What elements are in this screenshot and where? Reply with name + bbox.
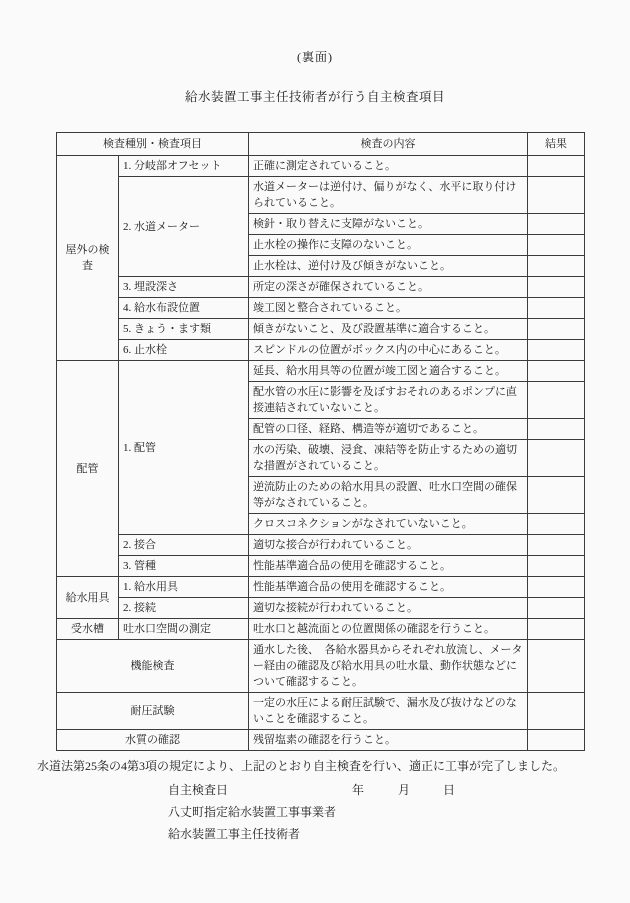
result-cell (528, 535, 585, 556)
table-row: 給水用具 1. 給水用具 性能基準適合品の使用を確認すること。 (57, 577, 585, 598)
table-row: 2. 接合 適切な接合が行われていること。 (57, 535, 585, 556)
merged-label-cell: 耐圧試験 (57, 693, 249, 730)
result-cell (528, 156, 585, 177)
item-cell: 1. 配管 (119, 361, 249, 535)
result-cell (528, 514, 585, 535)
check-cell: クロスコネクションがなされていないこと。 (249, 514, 528, 535)
table-row: 耐圧試験 一定の水圧による耐圧試験で、漏水及び抜けなどのないことを確認すること。 (57, 693, 585, 730)
check-cell: 水の汚染、破壊、浸食、凍結等を防止するための適切な措置がされていること。 (249, 440, 528, 477)
result-cell (528, 619, 585, 640)
result-cell (528, 577, 585, 598)
table-header-row: 検査種別・検査項目 検査の内容 結果 (57, 133, 585, 156)
check-cell: 傾きがないこと、及び設置基準に適合すること。 (249, 319, 528, 340)
inspection-table: 検査種別・検査項目 検査の内容 結果 屋外の検査 1. 分岐部オフセット 正確に… (56, 132, 585, 751)
check-cell: 検針・取り替えに支障がないこと。 (249, 214, 528, 235)
check-cell: スピンドルの位置がボックス内の中心にあること。 (249, 340, 528, 361)
check-cell: 止水栓は、逆付け及び傾きがないこと。 (249, 256, 528, 277)
result-cell (528, 598, 585, 619)
merged-label-cell: 機能検査 (57, 640, 249, 693)
day-label: 日 (443, 783, 455, 797)
check-cell: 適切な接合が行われていること。 (249, 535, 528, 556)
result-cell (528, 419, 585, 440)
table-row: 6. 止水栓 スピンドルの位置がボックス内の中心にあること。 (57, 340, 585, 361)
year-label: 年 (352, 783, 364, 797)
item-cell: 1. 給水用具 (119, 577, 249, 598)
inspection-date-line: 自主検査日年月日 (168, 779, 630, 801)
category-cell: 屋外の検査 (57, 156, 119, 361)
result-cell (528, 319, 585, 340)
table-row: 水質の確認 残留塩素の確認を行うこと。 (57, 730, 585, 751)
table-row: 受水槽 吐水口空間の測定 吐水口と越流面との位置関係の確認を行うこと。 (57, 619, 585, 640)
contractor-line: 八丈町指定給水装置工事事業者 (168, 801, 630, 823)
table-row: 4. 給水布設位置 竣工図と整合されていること。 (57, 298, 585, 319)
check-cell: 適切な接続が行われていること。 (249, 598, 528, 619)
check-cell: 延長、給水用具等の位置が竣工図と適合すること。 (249, 361, 528, 382)
table-row: 5. きょう・ます類 傾きがないこと、及び設置基準に適合すること。 (57, 319, 585, 340)
category-cell: 配管 (57, 361, 119, 577)
check-cell: 一定の水圧による耐圧試験で、漏水及び抜けなどのないことを確認すること。 (249, 693, 528, 730)
check-cell: 配水管の水圧に影響を及ぼすおそれのあるポンプに直接連結されていないこと。 (249, 382, 528, 419)
result-cell (528, 556, 585, 577)
item-cell: 4. 給水布設位置 (119, 298, 249, 319)
merged-label-cell: 水質の確認 (57, 730, 249, 751)
check-cell: 通水した後、 各給水器具からそれぞれ放流し、メーター経由の確認及び給水用具の吐水… (249, 640, 528, 693)
item-cell: 3. 管種 (119, 556, 249, 577)
header-category-item: 検査種別・検査項目 (57, 133, 249, 156)
item-cell: 2. 接合 (119, 535, 249, 556)
category-cell: 受水槽 (57, 619, 119, 640)
item-cell: 1. 分岐部オフセット (119, 156, 249, 177)
item-cell: 6. 止水栓 (119, 340, 249, 361)
result-cell (528, 640, 585, 693)
signature-block: 自主検査日年月日 八丈町指定給水装置工事事業者 給水装置工事主任技術者 (168, 779, 630, 845)
item-cell: 2. 接続 (119, 598, 249, 619)
table-row: 3. 埋設深さ 所定の深さが確保されていること。 (57, 277, 585, 298)
category-cell: 給水用具 (57, 577, 119, 619)
result-cell (528, 214, 585, 235)
check-cell: 配管の口径、経路、構造等が適切であること。 (249, 419, 528, 440)
document-page: (裏面) 給水装置工事主任技術者が行う自主検査項目 検査種別・検査項目 検査の内… (0, 0, 630, 903)
result-cell (528, 361, 585, 382)
result-cell (528, 340, 585, 361)
table-row: 機能検査 通水した後、 各給水器具からそれぞれ放流し、メーター経由の確認及び給水… (57, 640, 585, 693)
item-cell: 5. きょう・ます類 (119, 319, 249, 340)
item-cell: 3. 埋設深さ (119, 277, 249, 298)
header-content: 検査の内容 (249, 133, 528, 156)
check-cell: 残留塩素の確認を行うこと。 (249, 730, 528, 751)
result-cell (528, 277, 585, 298)
header-result: 結果 (528, 133, 585, 156)
item-cell: 吐水口空間の測定 (119, 619, 249, 640)
check-cell: 正確に測定されていること。 (249, 156, 528, 177)
table-row: 屋外の検査 1. 分岐部オフセット 正確に測定されていること。 (57, 156, 585, 177)
declaration-text: 水道法第25条の4第3項の規定により、上記のとおり自主検査を行い、適正に工事が完… (37, 758, 593, 774)
page-title: 給水装置工事主任技術者が行う自主検査項目 (0, 89, 630, 106)
table-row: 配管 1. 配管 延長、給水用具等の位置が竣工図と適合すること。 (57, 361, 585, 382)
check-cell: 性能基準適合品の使用を確認すること。 (249, 556, 528, 577)
check-cell: 竣工図と整合されていること。 (249, 298, 528, 319)
check-cell: 水道メーターは逆付け、偏りがなく、水平に取り付けられていること。 (249, 177, 528, 214)
result-cell (528, 235, 585, 256)
table-row: 3. 管種 性能基準適合品の使用を確認すること。 (57, 556, 585, 577)
result-cell (528, 693, 585, 730)
table-row: 2. 水道メーター 水道メーターは逆付け、偏りがなく、水平に取り付けられているこ… (57, 177, 585, 214)
result-cell (528, 256, 585, 277)
item-cell: 2. 水道メーター (119, 177, 249, 277)
result-cell (528, 298, 585, 319)
result-cell (528, 730, 585, 751)
side-note: (裏面) (0, 0, 630, 65)
check-cell: 吐水口と越流面との位置関係の確認を行うこと。 (249, 619, 528, 640)
result-cell (528, 477, 585, 514)
result-cell (528, 440, 585, 477)
table-row: 2. 接続 適切な接続が行われていること。 (57, 598, 585, 619)
check-cell: 性能基準適合品の使用を確認すること。 (249, 577, 528, 598)
result-cell (528, 177, 585, 214)
chief-engineer-line: 給水装置工事主任技術者 (168, 823, 630, 845)
month-label: 月 (398, 783, 410, 797)
check-cell: 止水栓の操作に支障のないこと。 (249, 235, 528, 256)
result-cell (528, 382, 585, 419)
check-cell: 逆流防止のための給水用具の設置、吐水口空間の確保等がなされていること。 (249, 477, 528, 514)
inspection-date-label: 自主検査日 (168, 783, 228, 797)
check-cell: 所定の深さが確保されていること。 (249, 277, 528, 298)
